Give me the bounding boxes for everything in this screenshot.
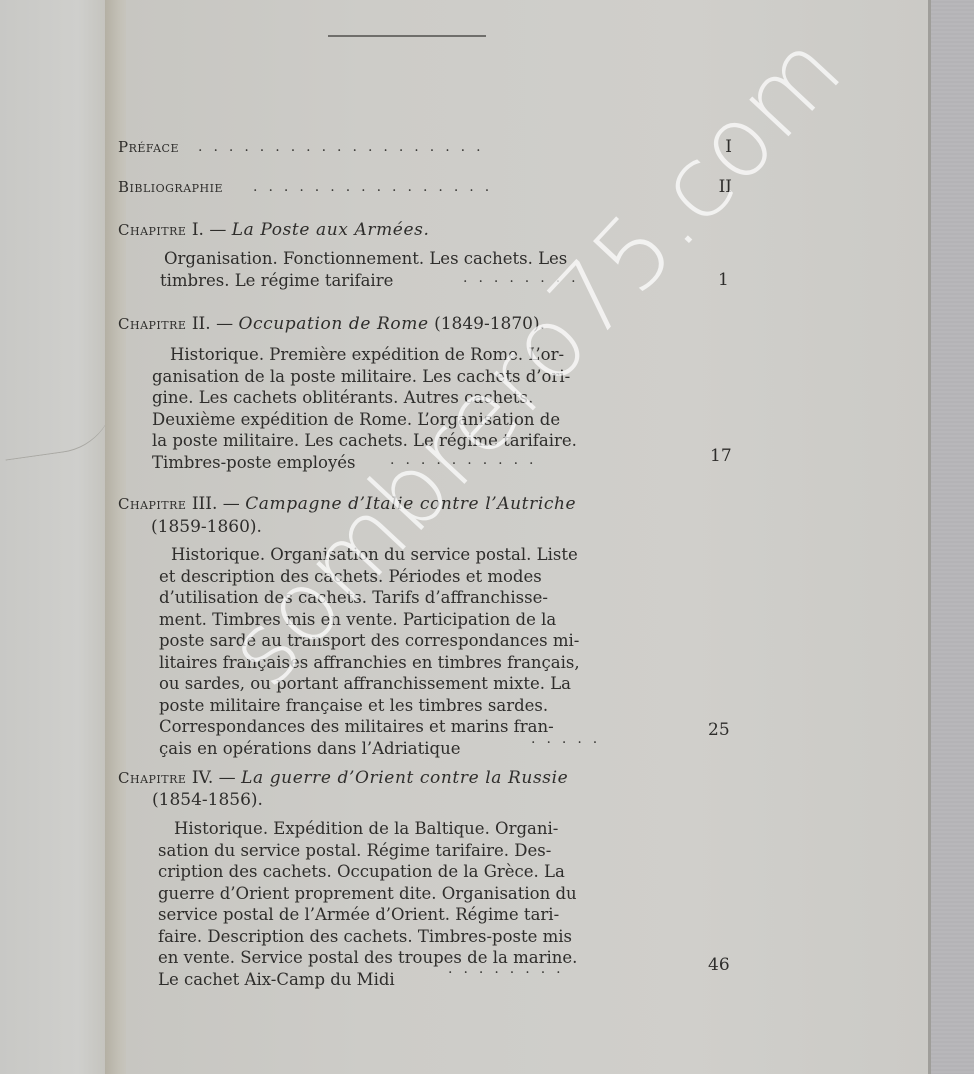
- chapter-numeral: IV. —: [192, 768, 236, 788]
- chapter-heading-3: Chapitre III. — Campagne d’Italie contre…: [118, 492, 738, 516]
- description-line: guerre d’Orient proprement dite. Organis…: [158, 883, 668, 905]
- chapter-dates: (1854-1856).: [152, 790, 263, 810]
- description-line: Historique. Organisation du service post…: [159, 544, 669, 566]
- chapter-heading-4: Chapitre IV. — La guerre d’Orient contre…: [118, 766, 738, 790]
- page-number: 1: [718, 270, 738, 290]
- chapter-numeral: I. —: [192, 220, 227, 240]
- description-line: cription des cachets. Occupation de la G…: [158, 861, 668, 883]
- chapter-title: Campagne d’Italie contre l’Autriche: [245, 494, 576, 514]
- description-line: ganisation de la poste militaire. Les ca…: [152, 366, 667, 388]
- page-number: 46: [708, 955, 738, 975]
- dot-leader: ................: [253, 175, 668, 199]
- background-surface: [931, 0, 974, 1074]
- page-number: I: [725, 135, 732, 159]
- chapter-dates: (1849-1870).: [434, 314, 545, 334]
- entry-label: Bibliographie: [118, 182, 223, 195]
- description-line: litaires françaises affranchies en timbr…: [159, 652, 669, 674]
- section-divider-rule: [328, 35, 486, 37]
- page-number: 25: [708, 720, 738, 740]
- description-line: la poste militaire. Les cachets. Le régi…: [152, 430, 667, 452]
- dot-leader: ........: [463, 270, 668, 294]
- description-line: faire. Description des cachets. Timbres-…: [158, 926, 668, 948]
- facing-page: [0, 0, 112, 1074]
- description-line: Historique. Première expédition de Rome.…: [152, 344, 667, 366]
- chapter-numeral: III. —: [192, 494, 240, 514]
- description-line: d’utilisation des cachets. Tarifs d’affr…: [159, 587, 669, 609]
- chapter-numeral: II. —: [192, 314, 233, 334]
- chapter-title: Occupation de Rome: [238, 314, 428, 334]
- chapter-label: Chapitre: [118, 225, 186, 238]
- description-line: ment. Timbres mis en vente. Participatio…: [159, 609, 669, 631]
- chapter-label: Chapitre: [118, 319, 186, 332]
- dot-leader: ........: [448, 961, 668, 985]
- chapter-heading-1: Chapitre I. — La Poste aux Armées.: [118, 218, 738, 242]
- chapter-dates-4: (1854-1856).: [152, 788, 772, 812]
- description-line: gine. Les cachets oblitérants. Autres ca…: [152, 387, 667, 409]
- description-line: poste militaire française et les timbres…: [159, 695, 669, 717]
- description-line: ou sardes, ou portant affranchissement m…: [159, 673, 669, 695]
- chapter-title: La Poste aux Armées.: [232, 220, 430, 240]
- chapter-dates: (1859-1860).: [151, 517, 262, 537]
- dot-leader: .....: [531, 731, 668, 755]
- chapter-description-3: Historique. Organisation du service post…: [159, 544, 669, 759]
- page-number: 17: [710, 446, 738, 466]
- chapter-label: Chapitre: [118, 773, 186, 786]
- entry-label: Préface: [118, 142, 179, 155]
- description-line: et description des cachets. Périodes et …: [159, 566, 669, 588]
- chapter-title: La guerre d’Orient contre la Russie: [241, 768, 568, 788]
- chapter-dates-3: (1859-1860).: [151, 515, 771, 539]
- toc-entry-bibliographie: Bibliographie ................ II: [118, 175, 738, 199]
- dot-leader: ..........: [390, 452, 668, 476]
- chapter-heading-2: Chapitre II. — Occupation de Rome (1849-…: [118, 312, 738, 336]
- description-line: Historique. Expédition de la Baltique. O…: [158, 818, 668, 840]
- description-line: service postal de l’Armée d’Orient. Régi…: [158, 904, 668, 926]
- chapter-label: Chapitre: [118, 499, 186, 512]
- page-number: II: [719, 175, 732, 199]
- description-line: Organisation. Fonctionnement. Les cachet…: [164, 248, 664, 270]
- dot-leader: ...................: [198, 135, 668, 159]
- description-line: Deuxième expédition de Rome. L’organisat…: [152, 409, 667, 431]
- description-line: poste sarde au transport des corresponda…: [159, 630, 669, 652]
- toc-entry-preface: Préface ................... I: [118, 135, 738, 159]
- description-line: sation du service postal. Régime tarifai…: [158, 840, 668, 862]
